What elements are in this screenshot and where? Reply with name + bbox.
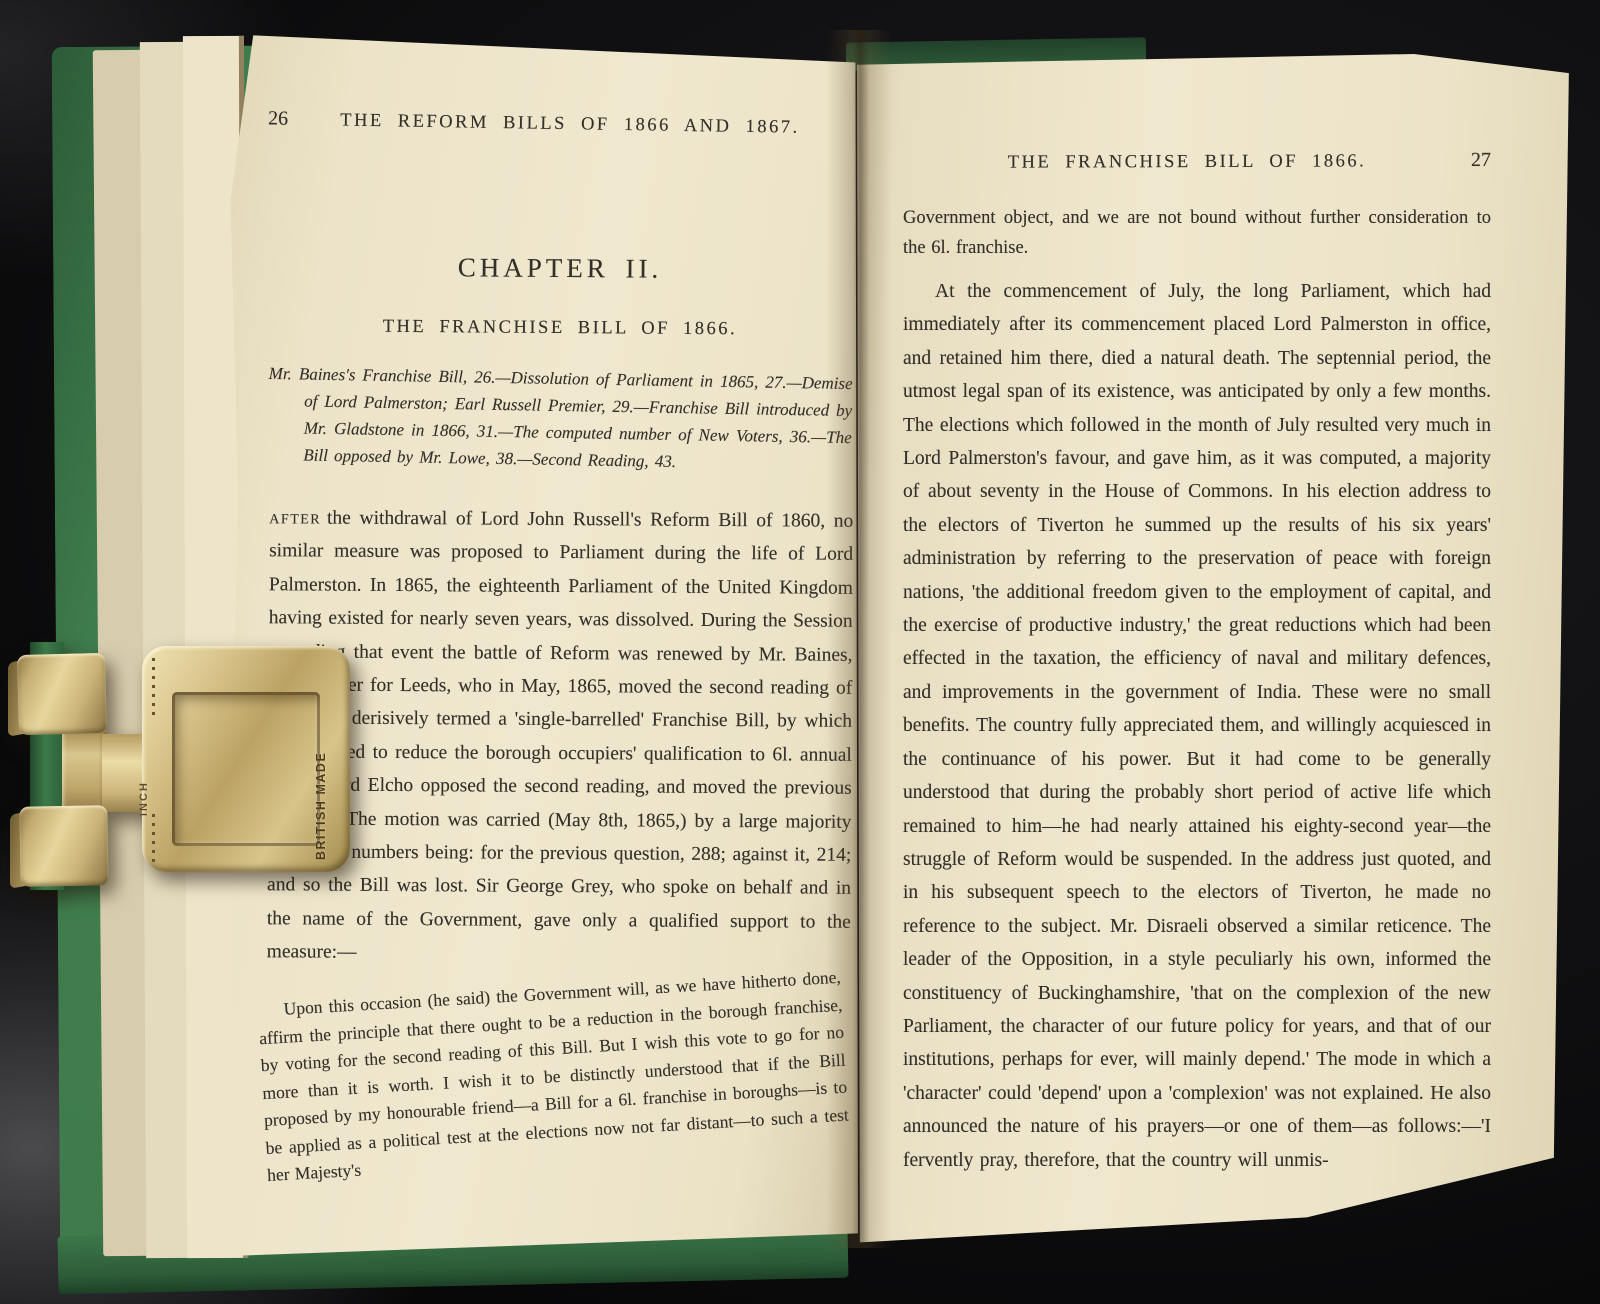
right-page-content: THE FRANCHISE BILL OF 1866. 27 Governmen…	[903, 150, 1491, 1177]
book-photograph: { "book": { "left_page": { "page_number"…	[0, 0, 1600, 1304]
clip-inch-label: INCH	[138, 736, 150, 816]
right-running-header: THE FRANCHISE BILL OF 1866. 27	[903, 149, 1491, 174]
left-page-content: 26 THE REFORM BILLS OF 1866 AND 1867. CH…	[268, 112, 852, 1189]
quote-continuation: Government object, and we are not bound …	[903, 203, 1491, 263]
clip-brand-label: BRITISH MADE	[314, 684, 328, 860]
right-body-paragraph: At the commencement of July, the long Pa…	[903, 275, 1491, 1177]
clip-hinge-knuckle	[19, 805, 108, 887]
left-running-header: 26 THE REFORM BILLS OF 1866 AND 1867.	[268, 107, 852, 139]
section-heading: THE FRANCHISE BILL OF 1866.	[268, 316, 852, 341]
left-page: 26 THE REFORM BILLS OF 1866 AND 1867. CH…	[228, 28, 858, 1258]
chapter-heading: CHAPTER II.	[268, 251, 852, 286]
right-running-title: THE FRANCHISE BILL OF 1866.	[903, 151, 1471, 174]
left-body-paragraph: Afterthe withdrawal of Lord John Russell…	[267, 501, 854, 972]
clip-hinge-bar	[62, 730, 106, 812]
clip-inch-tick-marks	[152, 658, 155, 716]
right-page-number: 27	[1471, 149, 1491, 172]
left-running-title: THE REFORM BILLS OF 1866 AND 1867.	[288, 110, 852, 140]
chapter-synopsis: Mr. Baines's Franchise Bill, 26.—Dissolu…	[267, 360, 853, 478]
paragraph-body-text: the withdrawal of Lord John Russell's Re…	[267, 508, 854, 963]
open-book: 26 THE REFORM BILLS OF 1866 AND 1867. CH…	[0, 0, 1600, 1304]
block-quote: Upon this occasion (he said) the Governm…	[257, 963, 851, 1189]
clip-inch-tick-marks	[152, 814, 155, 868]
paragraph-lead-word: After	[269, 507, 321, 528]
left-page-number: 26	[268, 107, 288, 130]
clip-hinge-knuckle	[17, 653, 107, 735]
clip-frame-window	[172, 692, 320, 846]
right-page: THE FRANCHISE BILL OF 1866. 27 Governmen…	[857, 54, 1571, 1246]
